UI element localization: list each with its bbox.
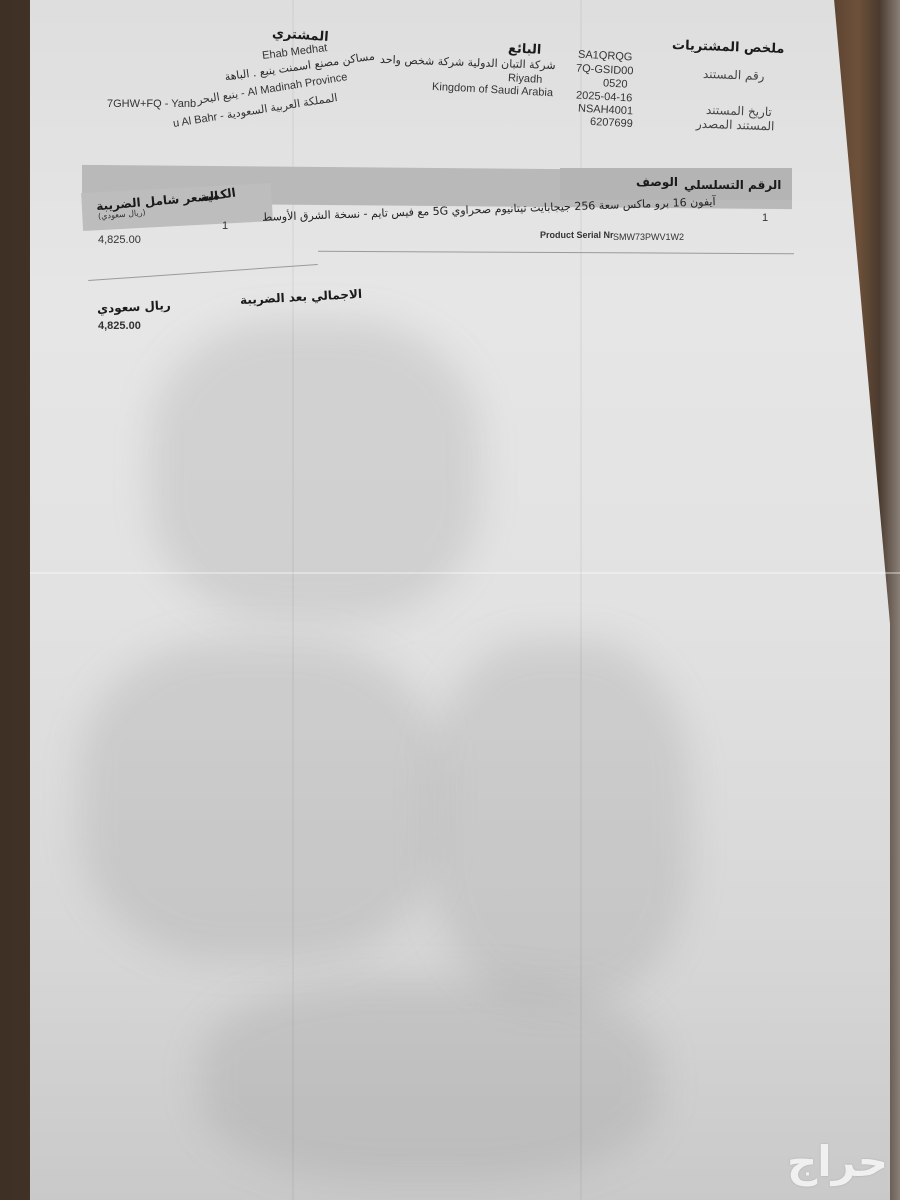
product-serial-label: Product Serial Nr [540, 230, 614, 240]
summary-value: 6207699 [590, 116, 633, 130]
paper-fold [30, 572, 900, 574]
summary-value: 0520 [603, 77, 628, 90]
shadow [80, 640, 440, 960]
seller-city: Riyadh [508, 72, 543, 86]
row-price: 4,825.00 [98, 234, 141, 246]
shadow [150, 320, 480, 620]
shadow [200, 980, 660, 1180]
total-amount: 4,825.00 [98, 320, 141, 332]
row-serial: 1 [762, 212, 768, 224]
shadow [430, 640, 690, 1000]
col-header-serial: الرقم التسلسلي [684, 178, 781, 192]
buyer-address-code: 7GHW+FQ - Yanb [107, 98, 196, 110]
haraj-watermark: حراج [787, 1137, 888, 1186]
seller-title: البائع [508, 41, 542, 58]
source-doc-label: المستند المصدر [696, 117, 775, 134]
row-quantity: 1 [222, 220, 228, 232]
doc-number-label: رقم المستند [703, 67, 765, 83]
col-header-description: الوصف [636, 175, 678, 189]
product-serial-number: SMW73PWV1W2 [613, 232, 684, 242]
